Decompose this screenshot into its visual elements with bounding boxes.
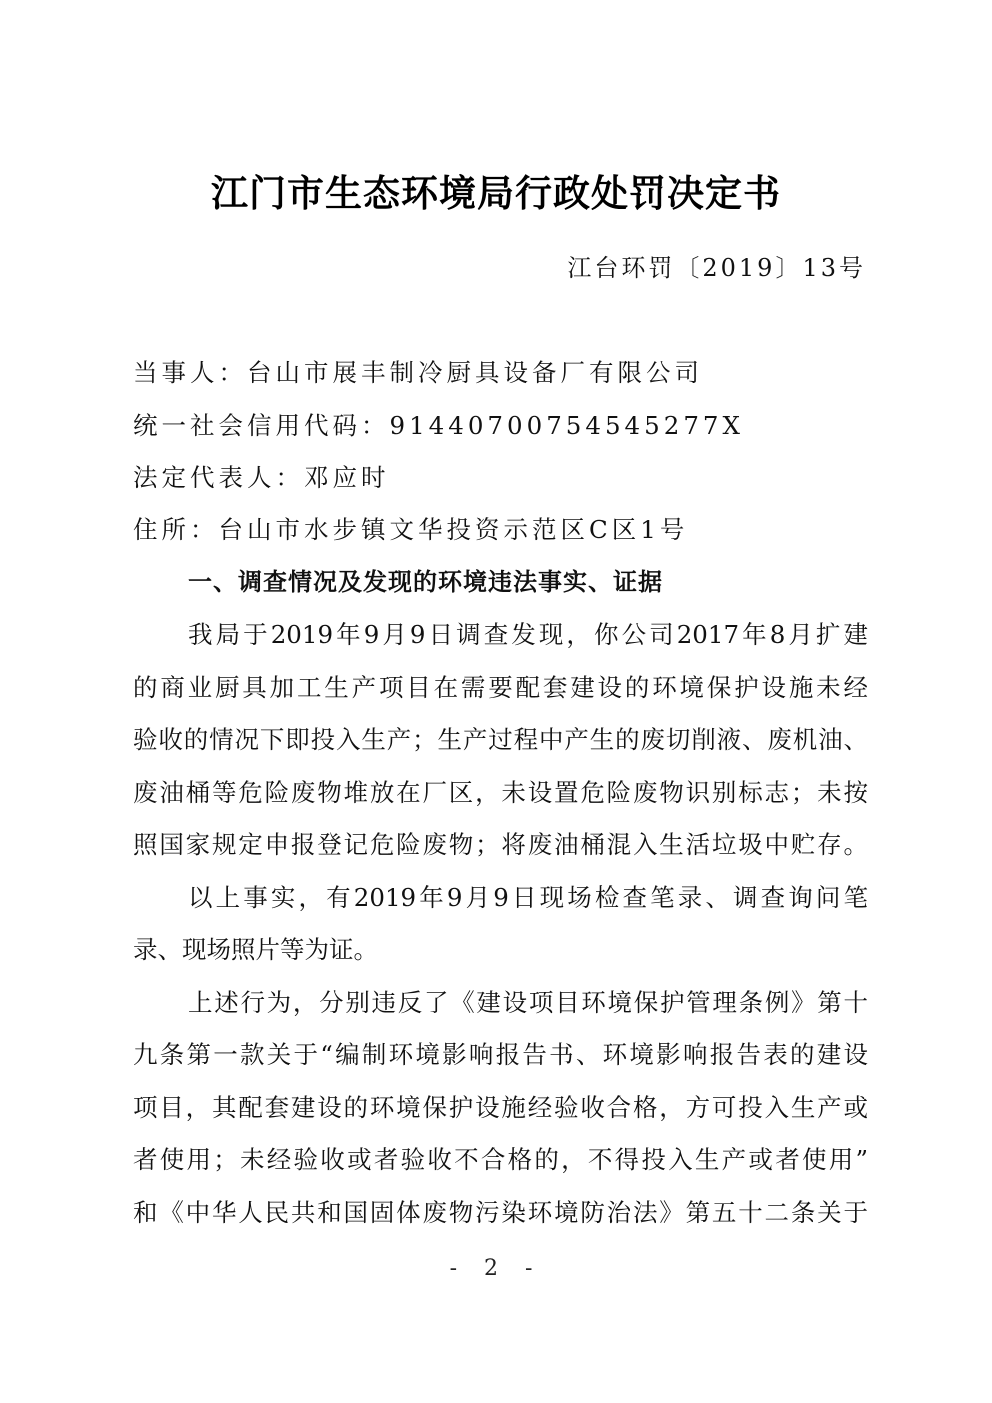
- document-page: 江门市生态环境局行政处罚决定书 江台环罚〔2019〕13号 当事人：台山市展丰制…: [0, 0, 992, 1403]
- party-name: 当事人：台山市展丰制冷厨具设备厂有限公司: [133, 355, 868, 391]
- paragraph-line: 和《中华人民共和国固体废物污染环境防治法》第五十二条关于: [133, 1195, 868, 1231]
- document-title: 江门市生态环境局行政处罚决定书: [0, 168, 992, 218]
- address: 住所：台山市水步镇文华投资示范区C区1号: [133, 512, 868, 548]
- paragraph-line: 以上事实，有2019年9月9日现场检查笔录、调查询问笔: [188, 880, 868, 916]
- paragraph-line: 九条第一款关于“编制环境影响报告书、环境影响报告表的建设: [133, 1037, 868, 1073]
- paragraph-line: 验收的情况下即投入生产；生产过程中产生的废切削液、废机油、: [133, 722, 868, 758]
- paragraph-line: 者使用；未经验收或者验收不合格的，不得投入生产或者使用”: [133, 1142, 868, 1178]
- paragraph-line: 录、现场照片等为证。: [133, 932, 868, 968]
- paragraph-line: 上述行为，分别违反了《建设项目环境保护管理条例》第十: [188, 985, 868, 1021]
- section-heading: 一、调查情况及发现的环境违法事实、证据: [188, 564, 923, 600]
- document-number: 江台环罚〔2019〕13号: [567, 250, 866, 286]
- paragraph-line: 的商业厨具加工生产项目在需要配套建设的环境保护设施未经: [133, 670, 868, 706]
- paragraph-line: 我局于2019年9月9日调查发现，你公司2017年8月扩建: [188, 617, 868, 653]
- paragraph-line: 废油桶等危险废物堆放在厂区，未设置危险废物识别标志；未按: [133, 775, 868, 811]
- paragraph-line: 项目，其配套建设的环境保护设施经验收合格，方可投入生产或: [133, 1090, 868, 1126]
- credit-code: 统一社会信用代码：91440700754545277X: [133, 408, 868, 444]
- paragraph-line: 照国家规定申报登记危险废物；将废油桶混入生活垃圾中贮存。: [133, 827, 868, 863]
- legal-representative: 法定代表人：邓应时: [133, 460, 868, 496]
- page-number: - 2 -: [0, 1254, 992, 1284]
